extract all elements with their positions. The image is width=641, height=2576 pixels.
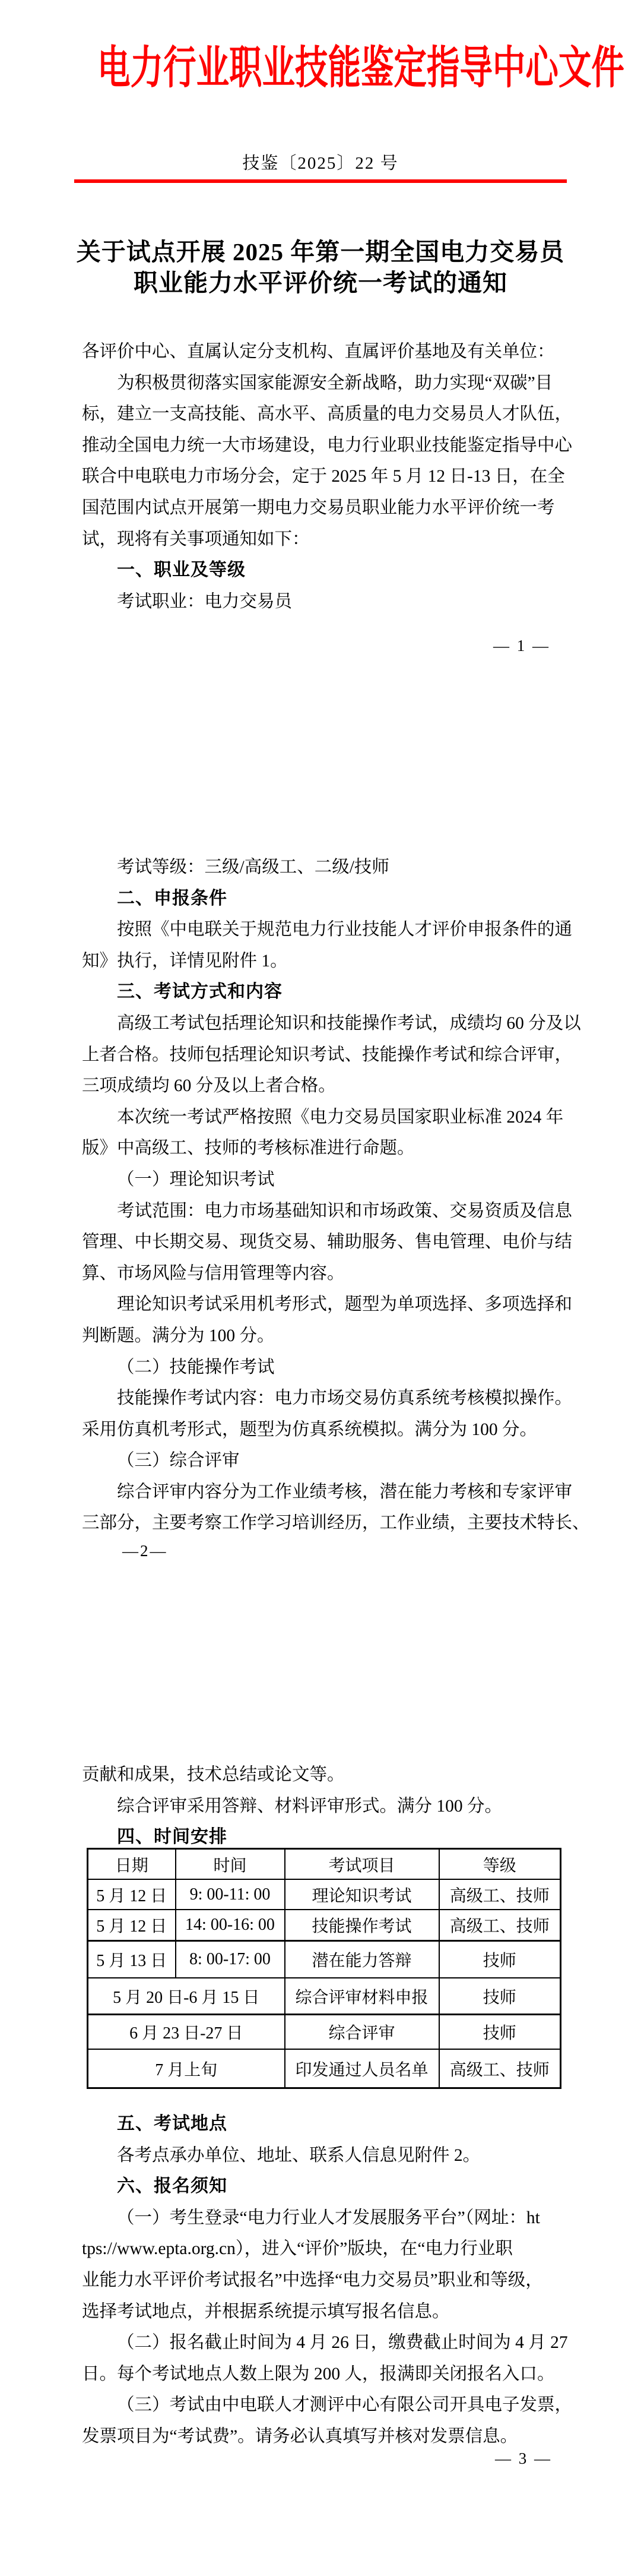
table-row: 7 月上旬 印发通过人员名单 高级工、技师 xyxy=(88,2049,561,2088)
text-line: 综合评审采用答辩、材料评审形式。满分 100 分。 xyxy=(82,1791,604,1822)
text-line: 联合中电联电力市场分会，定于 2025 年 5 月 12 日-13 日，在全 xyxy=(82,461,604,492)
letterhead: 电力行业职业技能鉴定指导中心文件 xyxy=(0,42,641,95)
page3-body-top: 贡献和成果，技术总结或论文等。 综合评审采用答辩、材料评审形式。满分 100 分… xyxy=(82,1759,604,1853)
text-line: 三项成绩均 60 分及以上者合格。 xyxy=(82,1070,604,1102)
text-line: 管理、中长期交易、现货交易、辅助服务、售电管理、电价与结 xyxy=(82,1227,604,1258)
table-cell-datetime: 5 月 20 日-6 月 15 日 xyxy=(88,1978,285,2015)
table-cell-date: 5 月 12 日 xyxy=(88,1910,176,1941)
document-title-line2: 职业能力水平评价统一考试的通知 xyxy=(0,267,641,298)
text-line: 选择考试地点，并根据系统提示填写报名信息。 xyxy=(82,2296,604,2328)
text-line: 各考点承办单位、地址、联系人信息见附件 2。 xyxy=(82,2140,604,2172)
table-cell-time: 9: 00-11: 00 xyxy=(176,1879,285,1910)
table-cell-item: 印发通过人员名单 xyxy=(285,2049,439,2088)
text-line: 技能操作考试内容：电力市场交易仿真系统考核模拟操作。 xyxy=(82,1383,604,1414)
text-line: 算、市场风险与信用管理等内容。 xyxy=(82,1258,604,1289)
text-line: 本次统一考试严格按照《电力交易员国家职业标准 2024 年 xyxy=(82,1102,604,1133)
table-cell-item: 技能操作考试 xyxy=(285,1910,439,1941)
table-cell-datetime: 6 月 23 日-27 日 xyxy=(88,2015,285,2050)
table-header-item: 考试项目 xyxy=(285,1849,439,1880)
table-cell-date: 5 月 12 日 xyxy=(88,1879,176,1910)
text-line: 考试等级：三级/高级工、二级/技师 xyxy=(82,852,604,883)
table-cell-time: 14: 00-16: 00 xyxy=(176,1910,285,1941)
text-line: 三部分，主要考察工作学习培训经历，工作业绩，主要技术特长、 xyxy=(82,1507,604,1539)
red-divider-line xyxy=(74,179,567,183)
document-title: 关于试点开展 2025 年第一期全国电力交易员 职业能力水平评价统一考试的通知 xyxy=(0,236,641,298)
text-line: 推动全国电力统一大市场建设，电力行业职业技能鉴定指导中心 xyxy=(82,430,604,462)
table-cell-item: 综合评审 xyxy=(285,2015,439,2050)
text-line: 各评价中心、直属认定分支机构、直属评价基地及有关单位： xyxy=(82,336,604,368)
document-title-line1: 关于试点开展 2025 年第一期全国电力交易员 xyxy=(0,236,641,267)
table-cell-datetime: 7 月上旬 xyxy=(88,2049,285,2088)
page2-body: 考试等级：三级/高级工、二级/技师 二、申报条件 按照《中电联关于规范电力行业技… xyxy=(82,852,604,1539)
text-line: 贡献和成果，技术总结或论文等。 xyxy=(82,1759,604,1791)
text-line: 综合评审内容分为工作业绩考核，潜在能力考核和专家评审 xyxy=(82,1477,604,1508)
table-cell-item: 潜在能力答辩 xyxy=(285,1941,439,1978)
subsection-heading: （一）理论知识考试 xyxy=(82,1164,604,1196)
table-cell-level: 高级工、技师 xyxy=(439,1879,561,1910)
schedule-table: 日期 时间 考试项目 等级 5 月 12 日 9: 00-11: 00 理论知识… xyxy=(87,1848,561,2089)
text-line: 为积极贯彻落实国家能源安全新战略，助力实现“双碳”目 xyxy=(82,368,604,399)
table-cell-time: 8: 00-17: 00 xyxy=(176,1941,285,1978)
table-cell-level: 高级工、技师 xyxy=(439,2049,561,2088)
text-line: 国范围内试点开展第一期电力交易员职业能力水平评价统一考 xyxy=(82,492,604,524)
page-number-3: — 3 — xyxy=(495,2449,552,2468)
page-number-1: — 1 — xyxy=(493,637,550,655)
text-line: 日。每个考试地点人数上限为 200 人，报满即关闭报名入口。 xyxy=(82,2359,604,2390)
text-line: 知》执行，详情见附件 1。 xyxy=(82,946,604,977)
page3-body-bottom: 五、考试地点 各考点承办单位、地址、联系人信息见附件 2。 六、报名须知 （一）… xyxy=(82,2109,604,2452)
table-cell-date: 5 月 13 日 xyxy=(88,1941,176,1978)
table-cell-level: 技师 xyxy=(439,1941,561,1978)
subsection-heading: （三）考试由中电联人才测评中心有限公司开具电子发票， xyxy=(82,2389,604,2421)
table-row: 5 月 12 日 9: 00-11: 00 理论知识考试 高级工、技师 xyxy=(88,1879,561,1910)
text-line: 按照《中电联关于规范电力行业技能人才评价申报条件的通 xyxy=(82,914,604,946)
table-row: 5 月 12 日 14: 00-16: 00 技能操作考试 高级工、技师 xyxy=(88,1910,561,1941)
table-header-time: 时间 xyxy=(176,1849,285,1880)
section-heading: 二、申报条件 xyxy=(82,883,604,915)
table-row: 5 月 20 日-6 月 15 日 综合评审材料申报 技师 xyxy=(88,1978,561,2015)
subsection-heading: （二）技能操作考试 xyxy=(82,1352,604,1383)
text-line: 理论知识考试采用机考形式，题型为单项选择、多项选择和 xyxy=(82,1289,604,1320)
section-heading: 一、职业及等级 xyxy=(82,555,604,586)
text-line: 版》中高级工、技师的考核标准进行命题。 xyxy=(82,1133,604,1164)
text-line: 考试职业：电力交易员 xyxy=(82,586,604,618)
section-heading: 五、考试地点 xyxy=(82,2109,604,2140)
text-line: 判断题。满分为 100 分。 xyxy=(82,1320,604,1352)
subsection-heading: （一）考生登录“电力行业人才发展服务平台”（网址：ht xyxy=(82,2202,604,2234)
subsection-heading: （三）综合评审 xyxy=(82,1445,604,1477)
table-header-date: 日期 xyxy=(88,1849,176,1880)
text-line: 上者合格。技师包括理论知识考试、技能操作考试和综合评审， xyxy=(82,1039,604,1071)
text-line: 试，现将有关事项通知如下： xyxy=(82,524,604,555)
text-line: 采用仿真机考形式，题型为仿真系统模拟。满分为 100 分。 xyxy=(82,1414,604,1446)
text-line: tps://www.epta.org.cn），进入“评价”版块，在“电力行业职 xyxy=(82,2233,604,2265)
table-cell-item: 综合评审材料申报 xyxy=(285,1978,439,2015)
text-line: 标，建立一支高技能、高水平、高质量的电力交易员人才队伍， xyxy=(82,399,604,430)
table-row: 6 月 23 日-27 日 综合评审 技师 xyxy=(88,2015,561,2050)
table-row: 5 月 13 日 8: 00-17: 00 潜在能力答辩 技师 xyxy=(88,1941,561,1978)
page1-body: 各评价中心、直属认定分支机构、直属评价基地及有关单位： 为积极贯彻落实国家能源安… xyxy=(82,336,604,617)
section-heading: 三、考试方式和内容 xyxy=(82,976,604,1008)
table-cell-level: 技师 xyxy=(439,2015,561,2050)
text-line: 考试范围：电力市场基础知识和市场政策、交易资质及信息 xyxy=(82,1196,604,1227)
subsection-heading: （二）报名截止时间为 4 月 26 日，缴费截止时间为 4 月 27 xyxy=(82,2327,604,2359)
table-cell-item: 理论知识考试 xyxy=(285,1879,439,1910)
document-scan: 电力行业职业技能鉴定指导中心文件 技鉴〔2025〕22 号 关于试点开展 202… xyxy=(0,0,641,2576)
text-line: 高级工考试包括理论知识和技能操作考试，成绩均 60 分及以 xyxy=(82,1008,604,1039)
section-heading: 六、报名须知 xyxy=(82,2171,604,2202)
page-number-2: —2— xyxy=(122,1542,168,1560)
table-cell-level: 高级工、技师 xyxy=(439,1910,561,1941)
table-cell-level: 技师 xyxy=(439,1978,561,2015)
table-header-level: 等级 xyxy=(439,1849,561,1880)
table-header-row: 日期 时间 考试项目 等级 xyxy=(88,1849,561,1880)
document-number: 技鉴〔2025〕22 号 xyxy=(0,150,641,174)
text-line: 业能力水平评价考试报名”中选择“电力交易员”职业和等级， xyxy=(82,2265,604,2296)
text-line: 发票项目为“考试费”。请务必认真填写并核对发票信息。 xyxy=(82,2421,604,2452)
org-title-text: 电力行业职业技能鉴定指导中心文件 xyxy=(97,42,624,95)
